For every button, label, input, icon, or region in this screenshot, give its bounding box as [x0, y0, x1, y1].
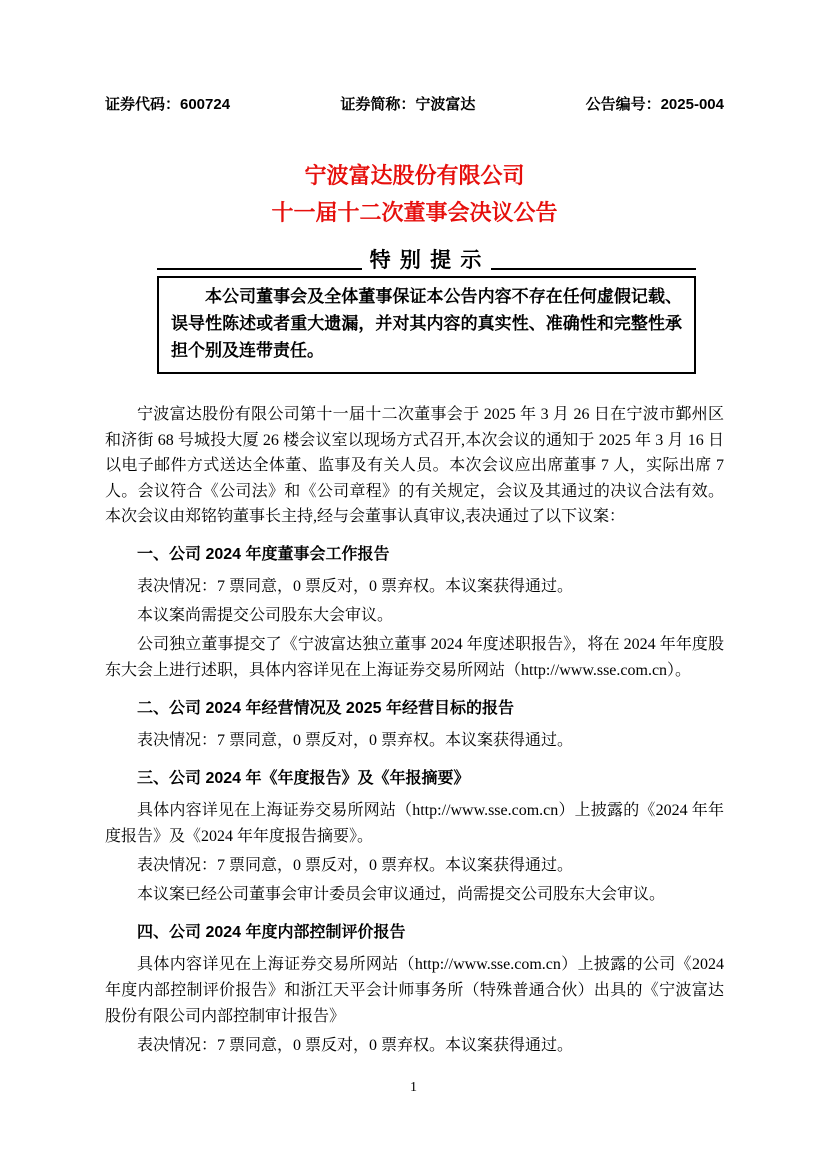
special-notice-box: 本公司董事会及全体董事保证本公告内容不存在任何虚假记载、误导性陈述或者重大遗漏，… [157, 276, 696, 374]
left-rule [157, 268, 362, 270]
section-3-heading: 三、公司 2024 年《年度报告》及《年报摘要》 [105, 766, 724, 792]
section-1-heading: 一、公司 2024 年度董事会工作报告 [105, 542, 724, 568]
paragraph: 表决情况：7 票同意，0 票反对，0 票弃权。本议案获得通过。 [105, 1033, 724, 1059]
page-number: 1 [0, 1080, 827, 1096]
paragraph: 公司独立董事提交了《宁波富达独立董事 2024 年度述职报告》，将在 2024 … [105, 632, 724, 684]
intro-paragraph: 宁波富达股份有限公司第十一届十二次董事会于 2025 年 3 月 26 日在宁波… [105, 402, 724, 530]
section-4-heading: 四、公司 2024 年度内部控制评价报告 [105, 920, 724, 946]
stock-code: 证券代码：600724 [105, 95, 230, 115]
title-line-2: 十一届十二次董事会决议公告 [105, 194, 724, 231]
document-page: 证券代码：600724 证券简称：宁波富达 公告编号：2025-004 宁波富达… [0, 0, 827, 1170]
paragraph: 表决情况：7 票同意，0 票反对，0 票弃权。本议案获得通过。 [105, 574, 724, 600]
section-2-heading: 二、公司 2024 年经营情况及 2025 年经营目标的报告 [105, 696, 724, 722]
stock-short-name: 证券简称：宁波富达 [340, 95, 475, 115]
special-notice-text: 本公司董事会及全体董事保证本公告内容不存在任何虚假记载、误导性陈述或者重大遗漏，… [171, 283, 682, 364]
special-notice-heading: 特 别 提 示 [157, 247, 696, 274]
paragraph: 具体内容详见在上海证券交易所网站（http://www.sse.com.cn）上… [105, 798, 724, 850]
document-body: 宁波富达股份有限公司第十一届十二次董事会于 2025 年 3 月 26 日在宁波… [105, 402, 724, 1059]
paragraph: 表决情况：7 票同意，0 票反对，0 票弃权。本议案获得通过。 [105, 853, 724, 879]
title-line-1: 宁波富达股份有限公司 [105, 157, 724, 194]
special-notice-title: 特 别 提 示 [362, 247, 492, 274]
document-title: 宁波富达股份有限公司 十一届十二次董事会决议公告 [105, 157, 724, 231]
paragraph: 本议案已经公司董事会审计委员会审议通过，尚需提交公司股东大会审议。 [105, 882, 724, 908]
paragraph: 具体内容详见在上海证券交易所网站（http://www.sse.com.cn）上… [105, 952, 724, 1030]
paragraph: 表决情况：7 票同意，0 票反对，0 票弃权。本议案获得通过。 [105, 728, 724, 754]
paragraph: 本议案尚需提交公司股东大会审议。 [105, 603, 724, 629]
document-header: 证券代码：600724 证券简称：宁波富达 公告编号：2025-004 [105, 95, 724, 115]
right-rule [491, 268, 696, 270]
announcement-number: 公告编号：2025-004 [586, 95, 724, 115]
